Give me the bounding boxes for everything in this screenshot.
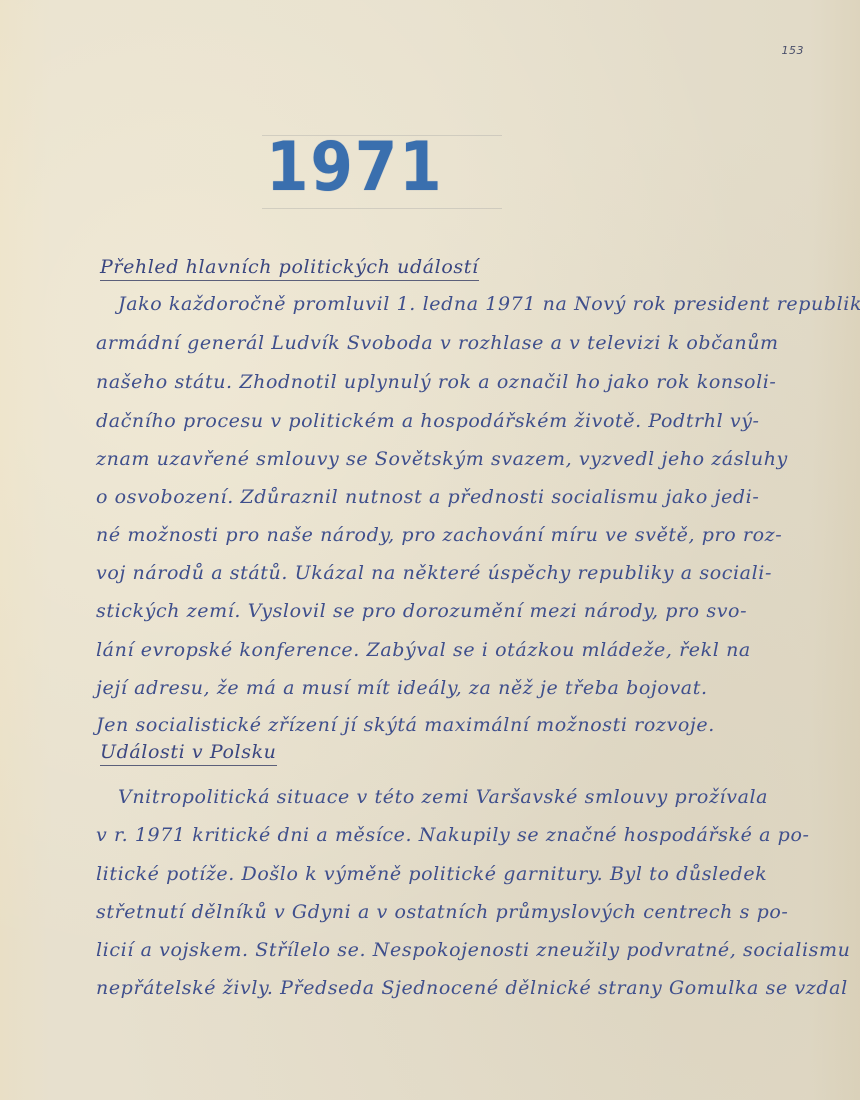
paragraph-line: dačního procesu v politickém a hospodářs… — [96, 408, 786, 434]
paragraph-line: litické potíže. Došlo k výměně politické… — [96, 861, 786, 887]
paragraph-line: Jen socialistické zřízení jí skýtá maxim… — [96, 712, 786, 738]
paragraph-line: stických zemí. Vyslovil se pro dorozuměn… — [96, 598, 786, 624]
paragraph-line: střetnutí dělníků v Gdyni a v ostatních … — [96, 899, 786, 925]
year-title: 1971 — [266, 128, 444, 207]
paragraph-line: voj národů a států. Ukázal na některé ús… — [96, 560, 786, 586]
paragraph-line: Jako každoročně promluvil 1. ledna 1971 … — [118, 291, 808, 317]
paragraph-line: lání evropské konference. Zabýval se i o… — [96, 637, 786, 663]
paragraph-line: licií a vojskem. Střílelo se. Nespokojen… — [96, 937, 786, 963]
page-number: 153 — [782, 44, 805, 57]
paragraph-line: nepřátelské živly. Předseda Sjednocené d… — [96, 975, 786, 1001]
paragraph-line: v r. 1971 kritické dni a měsíce. Nakupil… — [96, 822, 786, 848]
paragraph-line: o osvobození. Zdůraznil nutnost a předno… — [96, 484, 786, 510]
paragraph-line: Vnitropolitická situace v této zemi Varš… — [118, 784, 808, 810]
paragraph-line: znam uzavřené smlouvy se Sovětským svaze… — [96, 446, 786, 472]
paragraph-line: né možnosti pro naše národy, pro zachová… — [96, 522, 786, 548]
paragraph-line: její adresu, že má a musí mít ideály, za… — [96, 675, 786, 701]
paragraph-line: našeho státu. Zhodnotil uplynulý rok a o… — [96, 369, 786, 395]
section-heading-political-events: Přehled hlavních politických událostí — [100, 256, 479, 281]
section-heading-events-in-poland: Události v Polsku — [100, 741, 277, 766]
paragraph-line: armádní generál Ludvík Svoboda v rozhlas… — [96, 330, 786, 356]
